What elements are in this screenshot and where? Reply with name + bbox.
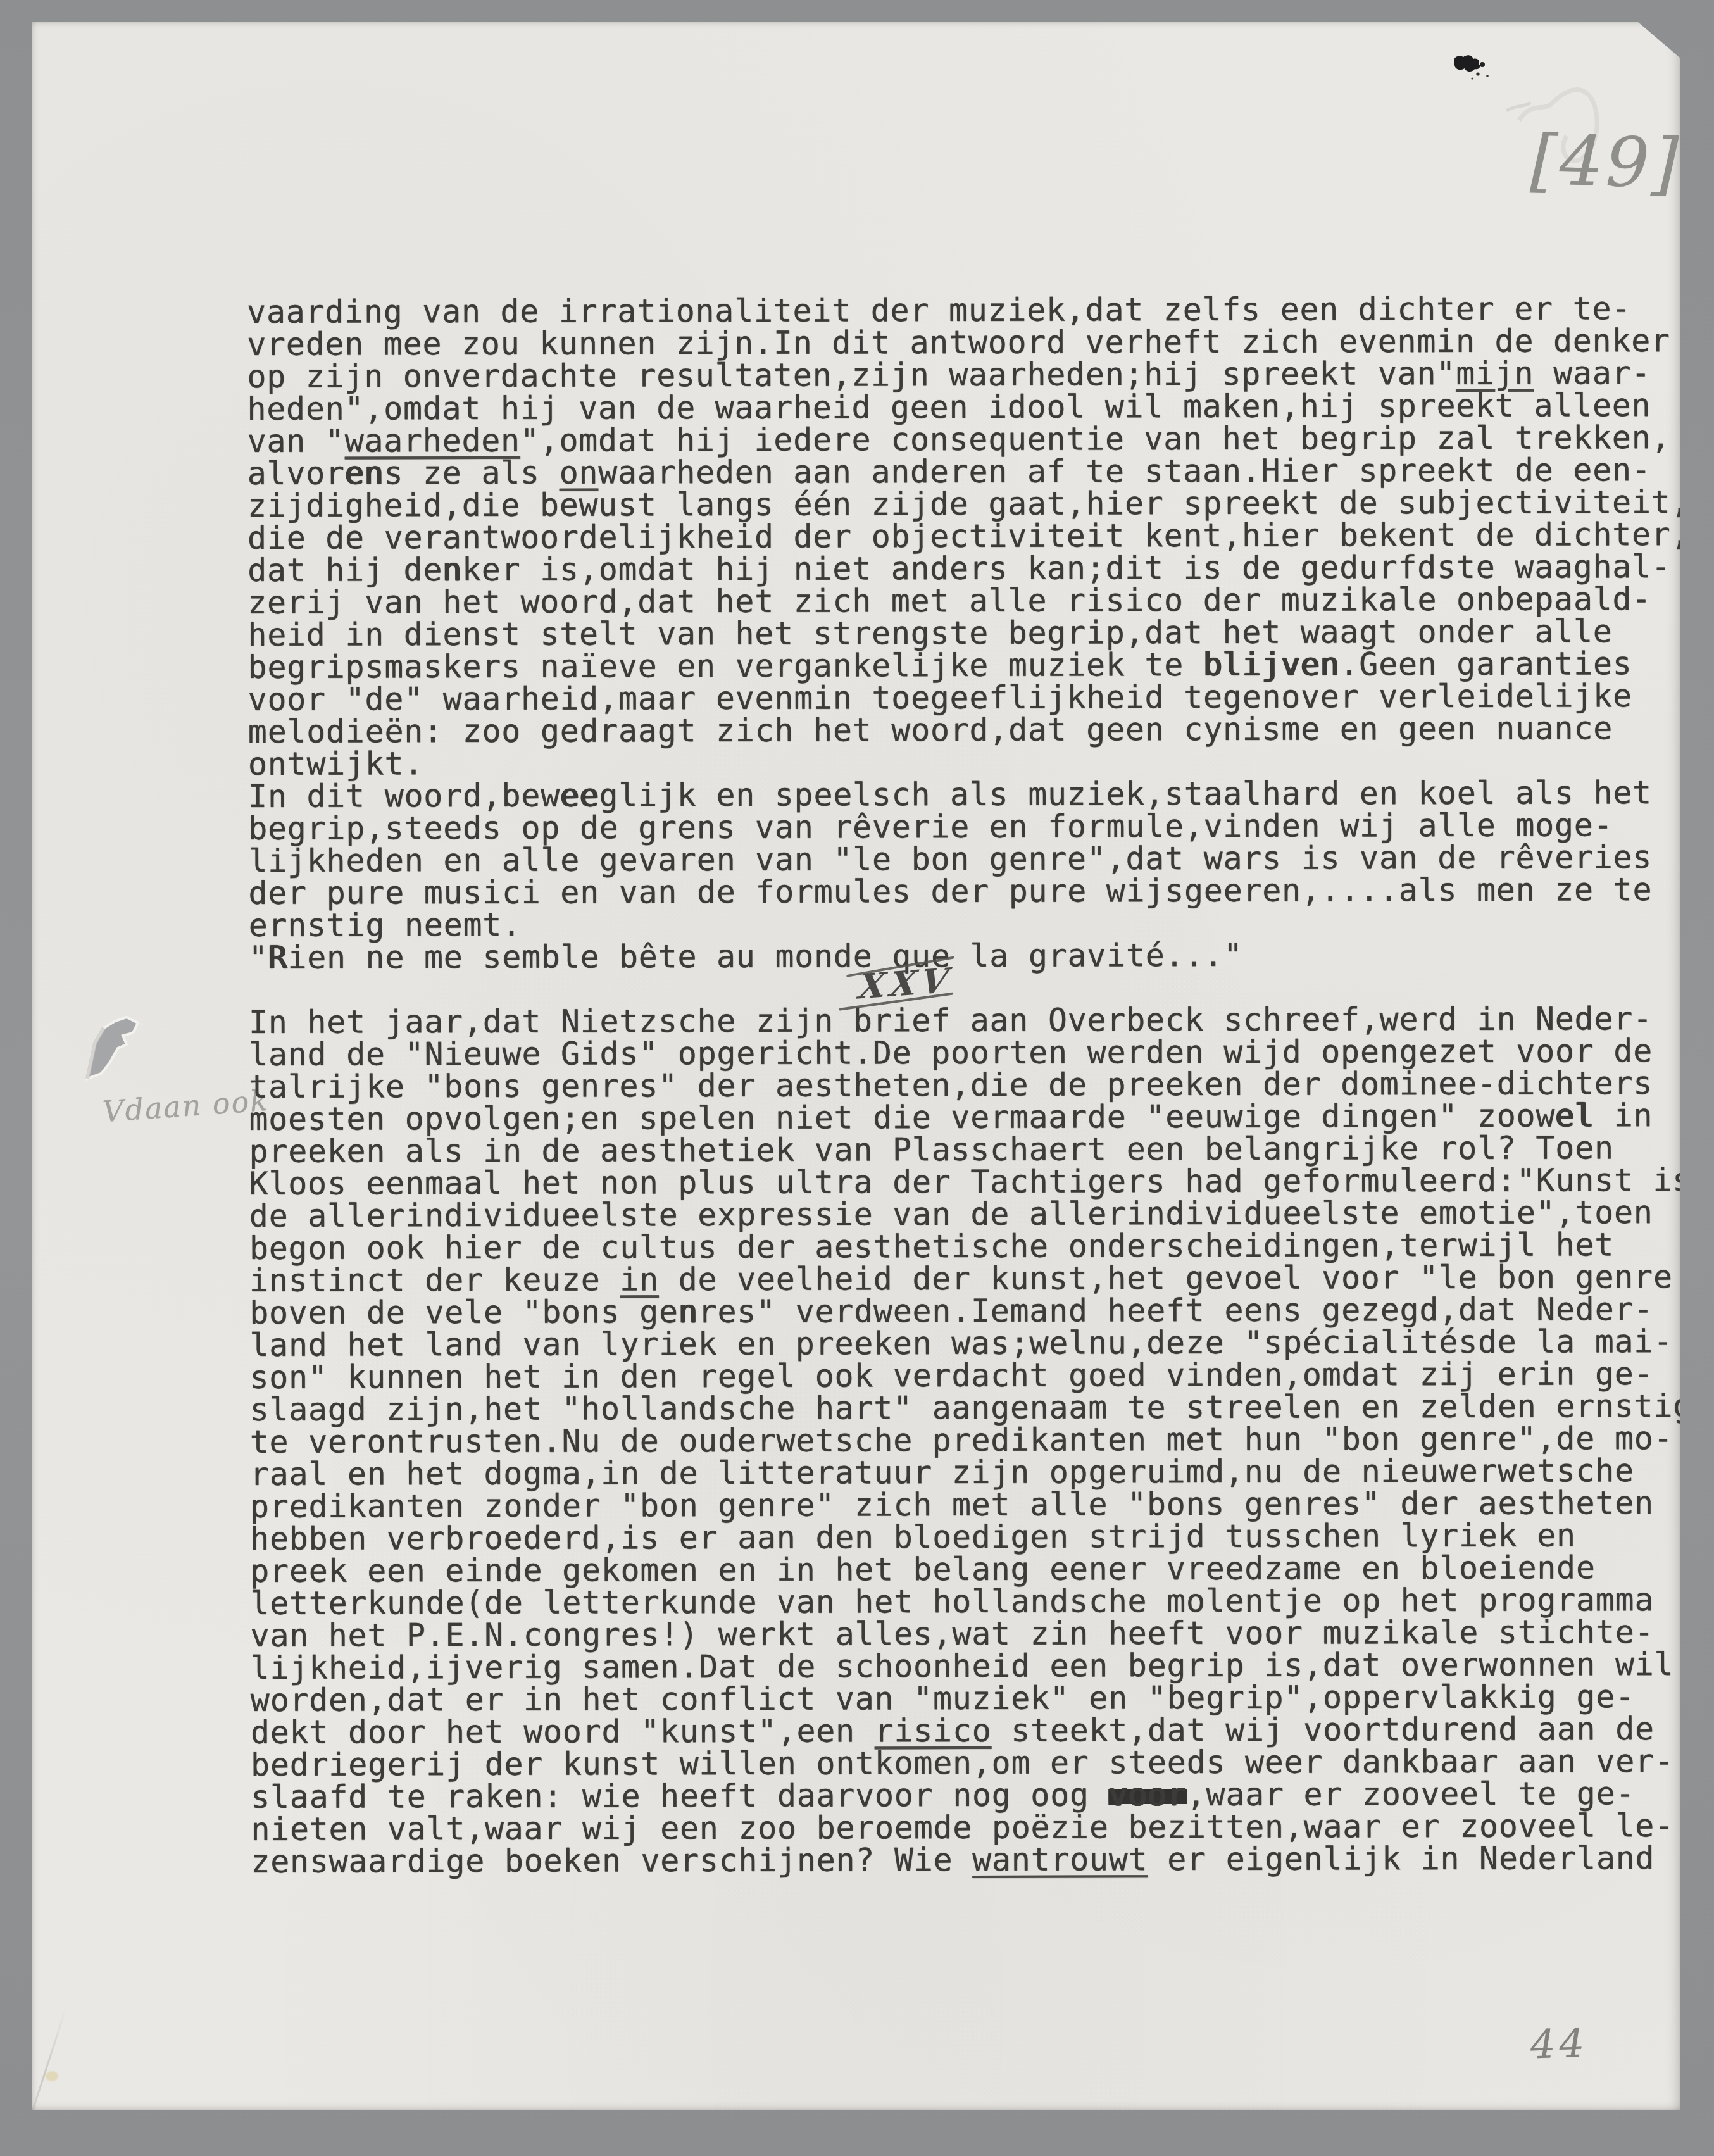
- text-segment: voor: [1108, 1776, 1186, 1813]
- text-segment: s ze als: [384, 454, 559, 492]
- ink-blot: [1448, 53, 1499, 85]
- scan-document: { "colors":{"frame_gray":"#909294","pape…: [0, 0, 1714, 2156]
- text-segment: el: [1555, 1097, 1594, 1134]
- typed-line: zenswaardige boeken verschijnen? Wie wan…: [251, 1842, 1680, 1878]
- text-segment: dat hij de: [247, 551, 442, 589]
- text-segment: R: [268, 939, 287, 976]
- section-marker-row: XXV: [249, 970, 1680, 1006]
- text-segment: der pure musici en van de formules der p…: [248, 871, 1652, 912]
- text-segment: n: [679, 1293, 698, 1330]
- text-segment: ": [249, 939, 268, 976]
- typed-line: der pure musici en van de formules der p…: [248, 874, 1680, 910]
- handwritten-margin-note: Vdaan ook: [101, 1083, 270, 1129]
- text-segment: ien ne me semble bête au monde que la gr…: [287, 937, 1242, 976]
- text-segment: zenswaardige boeken verschijnen? Wie: [251, 1841, 972, 1880]
- text-segment: on: [560, 454, 599, 491]
- text-segment: mijn: [1456, 355, 1534, 392]
- handwritten-page-number: 44: [1530, 2019, 1589, 2067]
- text-segment: blijven: [1203, 646, 1340, 683]
- typed-line: ernstig neemt.: [249, 906, 1680, 942]
- typed-line: "Rien ne me semble bête au monde que la …: [249, 938, 1680, 974]
- text-segment: er eigenlijk in Nederland: [1148, 1839, 1655, 1877]
- text-segment: ee: [560, 777, 599, 814]
- text-segment: alvor: [247, 455, 345, 492]
- text-segment: waar-: [1534, 354, 1651, 391]
- handwritten-corner-number: [49]: [1529, 121, 1680, 204]
- paper-tear-hole: [81, 1015, 151, 1088]
- text-segment: ontwijkt.: [248, 745, 423, 782]
- text-segment: in: [620, 1261, 659, 1298]
- scanned-page: [49] Vdaan ook vaarding van de irrationa…: [32, 22, 1680, 2110]
- text-segment: in: [1594, 1097, 1653, 1134]
- text-segment: wantrouwt: [972, 1841, 1148, 1878]
- paper-stain: [46, 2071, 58, 2081]
- typed-text: vaarding van de irrationaliteit der muzi…: [247, 292, 1680, 1878]
- text-segment: melodieën: zoo gedraagt zich het woord,d…: [248, 710, 1613, 750]
- text-segment: n: [442, 551, 462, 588]
- text-segment: van ": [247, 423, 345, 460]
- section-number-handwritten: XXV: [857, 964, 954, 1003]
- text-segment: waarheden: [345, 422, 520, 460]
- typed-line: melodieën: zoo gedraagt zich het woord,d…: [248, 712, 1680, 748]
- text-segment: en: [345, 454, 384, 491]
- paper-crease: [32, 2006, 67, 2110]
- text-segment: risico: [875, 1712, 992, 1749]
